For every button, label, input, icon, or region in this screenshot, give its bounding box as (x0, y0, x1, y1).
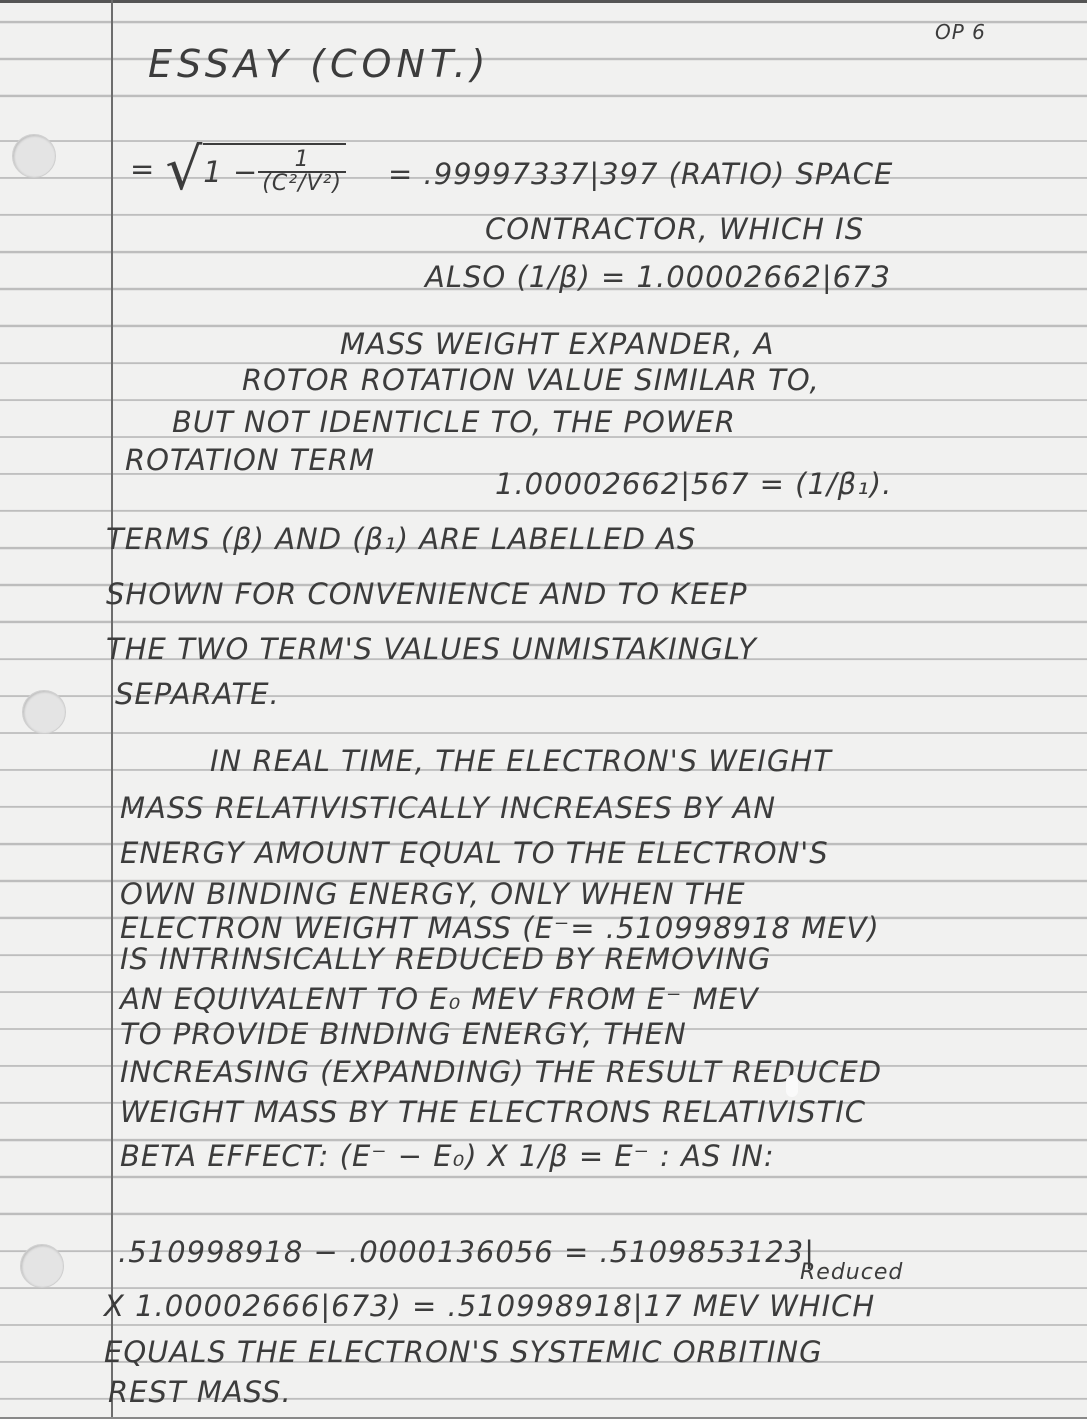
one-minus: 1 − (203, 158, 258, 187)
text-line: SEPARATE. (115, 680, 280, 709)
text-line: MASS RELATIVISTICALLY INCREASES BY AN (120, 794, 776, 823)
page-number: OP 6 (935, 22, 986, 42)
text-line: EQUALS THE ELECTRON'S SYSTEMIC ORBITING (104, 1338, 823, 1367)
fraction-denominator: (C²/V²) (258, 173, 346, 195)
denominator-bottom: V² (306, 171, 332, 196)
text-line: IN REAL TIME, THE ELECTRON'S WEIGHT (210, 747, 832, 776)
text-line: WEIGHT MASS BY THE ELECTRONS RELATIVISTI… (120, 1098, 866, 1127)
text-line: X 1.00002666|673) = .510998918|17 MEV WH… (104, 1292, 875, 1321)
text-line: TERMS (β) AND (β₁) ARE LABELLED AS (106, 525, 696, 554)
text-line: BUT NOT IDENTICLE TO, THE POWER (172, 408, 736, 437)
text-line: 1.00002662|567 = (1/β₁). (495, 470, 892, 499)
text-line: TO PROVIDE BINDING ENERGY, THEN (120, 1020, 687, 1049)
punch-hole (12, 134, 56, 178)
text-line: ROTATION TERM (125, 446, 375, 475)
text-line: IS INTRINSICALLY REDUCED BY REMOVING (120, 945, 771, 974)
text-line: INCREASING (EXPANDING) THE RESULT REDUCE… (120, 1058, 882, 1087)
punch-hole (20, 1244, 64, 1288)
text-line: BETA EFFECT: (E⁻ − E₀) X 1/β = E⁻ : AS I… (120, 1142, 775, 1171)
text-line: REST MASS. (108, 1378, 292, 1407)
text-line: SHOWN FOR CONVENIENCE AND TO KEEP (106, 580, 747, 609)
punch-hole (22, 690, 66, 734)
radical-sign: √ (165, 140, 203, 198)
margin-line (111, 0, 113, 1419)
scan-spot (786, 1075, 798, 1097)
formula-line: = √ 1 − 1 (C²/V²) (130, 140, 346, 198)
fraction: 1 (C²/V²) (258, 149, 346, 195)
page-title: ESSAY (CONT.) (148, 45, 491, 83)
text-line: .510998918 − .0000136056 = .5109853123| (118, 1238, 815, 1267)
equals-sign: = (130, 155, 155, 184)
text-line: AN EQUIVALENT TO E₀ MEV FROM E⁻ MEV (120, 985, 759, 1014)
radicand: 1 − 1 (C²/V²) (203, 143, 346, 195)
text-line: OWN BINDING ENERGY, ONLY WHEN THE (120, 880, 746, 909)
text-line: ROTOR ROTATION VALUE SIMILAR TO, (242, 366, 820, 395)
annotation-reduced: Reduced (800, 1262, 903, 1284)
text-line: THE TWO TERM'S VALUES UNMISTAKINGLY (106, 635, 757, 664)
text-line: CONTRACTOR, WHICH IS (485, 215, 864, 244)
text-line: ELECTRON WEIGHT MASS (E⁻= .510998918 MEV… (120, 914, 880, 943)
formula-result: = .99997337|397 (RATIO) SPACE (388, 160, 893, 189)
fraction-numerator: 1 (258, 149, 346, 173)
denominator-top: C² (272, 171, 298, 196)
text-line: MASS WEIGHT EXPANDER, A (340, 330, 774, 359)
text-line: ENERGY AMOUNT EQUAL TO THE ELECTRON'S (120, 839, 829, 868)
text-line: ALSO (1/β) = 1.00002662|673 (425, 263, 891, 292)
